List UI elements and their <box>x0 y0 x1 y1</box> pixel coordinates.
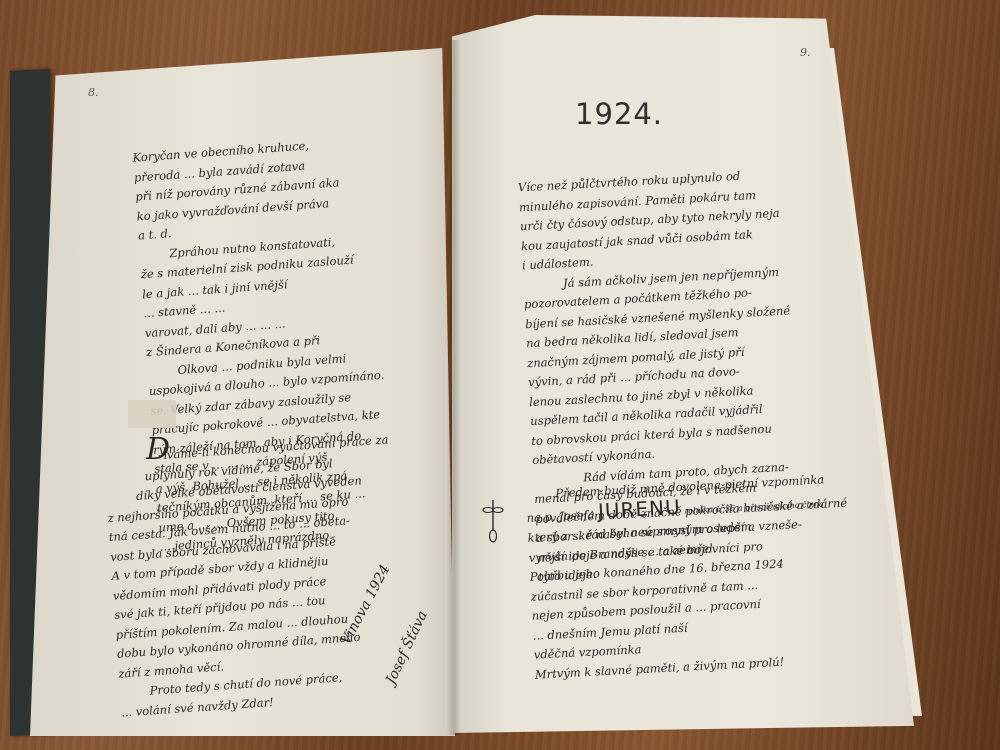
tape-patch <box>128 400 176 428</box>
left-page-number: 8. <box>88 86 99 99</box>
book-gutter <box>447 40 461 735</box>
cross-icon <box>482 498 504 544</box>
memorial-name: JURENU <box>597 494 681 522</box>
memorial-note: rolníka č. 36 a přispívajícího člena <box>684 499 824 515</box>
year-heading: 1924. <box>575 97 663 131</box>
memorial-paragraph: Předem budiž mně dovolena pietní vzpomín… <box>525 470 834 684</box>
open-chronicle-book: 8. 9. 1924. Koryčan ve obecního kruhuce,… <box>0 0 1000 750</box>
right-page-number: 9. <box>800 46 811 59</box>
memorial-prefix: na p. Josefa <box>526 507 595 525</box>
left-paragraph-2: íváme-li konečnou vyúčtování práce za up… <box>103 430 407 722</box>
